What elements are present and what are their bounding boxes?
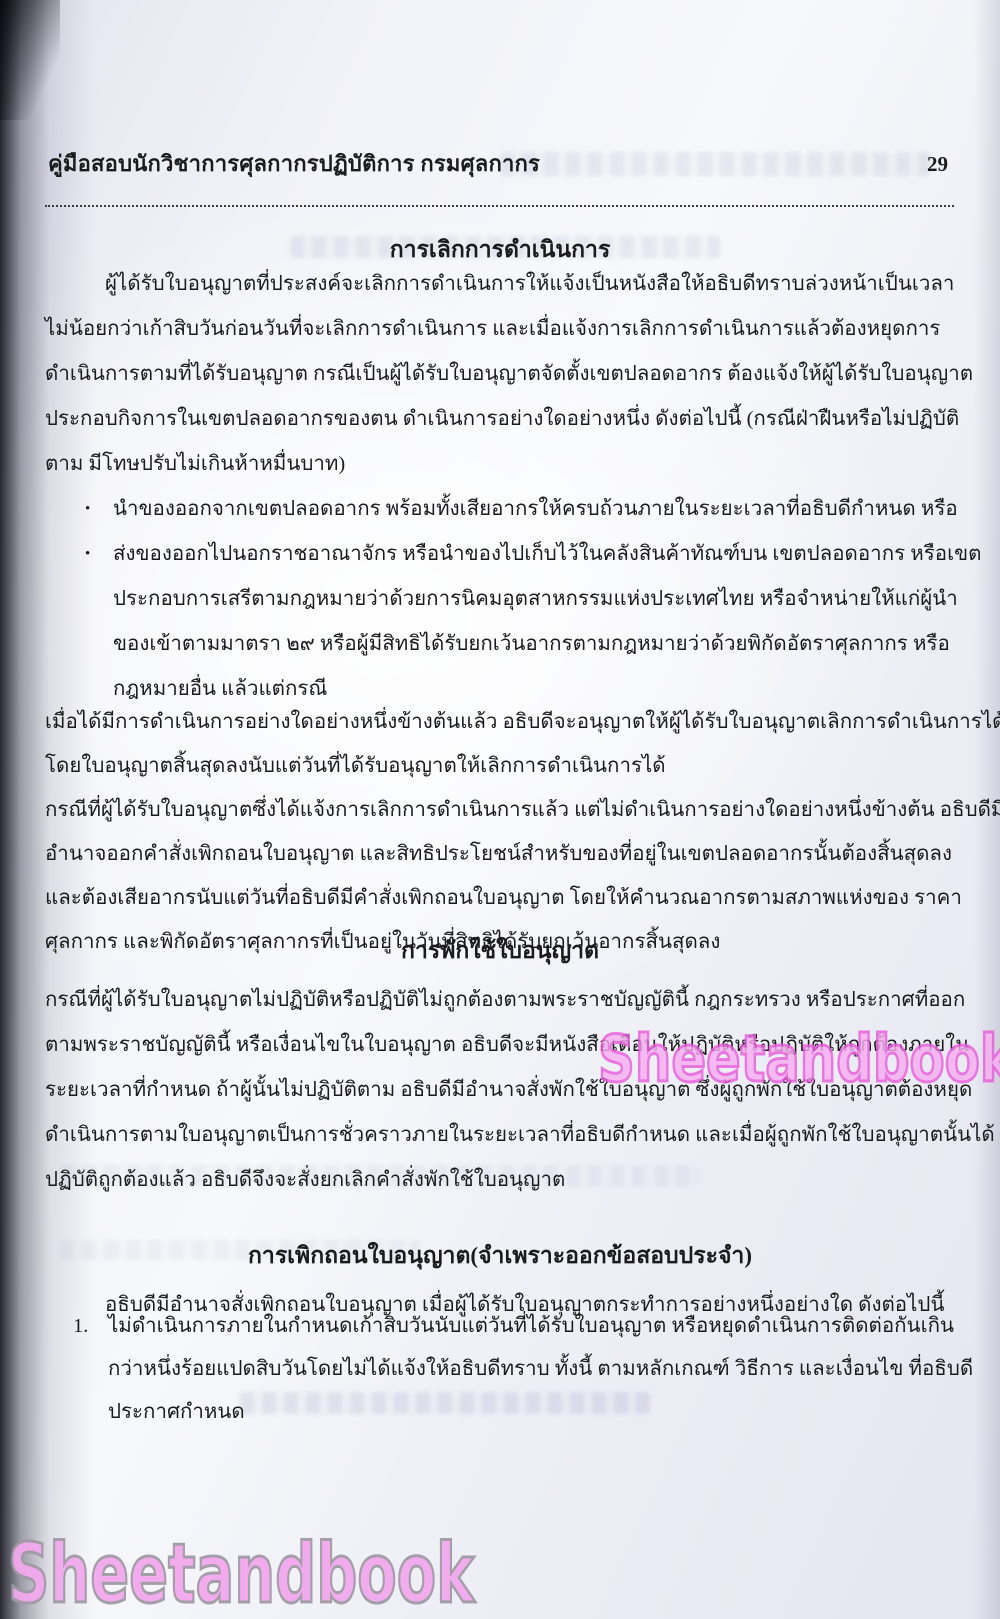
text-line: ไม่น้อยกว่าเก้าสิบวันก่อนวันที่จะเลิกการ… bbox=[45, 307, 970, 352]
text-line: ไม่ดำเนินการภายในกำหนดเก้าสิบวันนับแต่วั… bbox=[108, 1305, 954, 1348]
text-line: ระยะเวลาที่กำหนด ถ้าผู้นั้นไม่ปฏิบัติตาม… bbox=[45, 1068, 970, 1113]
dotted-divider bbox=[45, 205, 954, 207]
bullet-list: • นำของออกจากเขตปลอดอากร พร้อมทั้งเสียอา… bbox=[45, 487, 970, 712]
page-edge-shadow-corner bbox=[0, 0, 60, 120]
page-number: 29 bbox=[927, 152, 948, 177]
watermark-text: Sheetandbook bbox=[8, 1534, 474, 1616]
text-line: ประกอบการเสรีตามกฎหมายว่าด้วยการนิคมอุตส… bbox=[45, 577, 970, 622]
paragraph-license-suspension: กรณีที่ผู้ได้รับใบอนุญาตไม่ปฏิบัติหรือปฏ… bbox=[45, 978, 970, 1203]
numbered-item: 1. ไม่ดำเนินการภายในกำหนดเก้าสิบวันนับแต… bbox=[45, 1305, 970, 1348]
text-line: ตาม มีโทษปรับไม่เกินห้าหมื่นบาท) bbox=[45, 442, 970, 487]
page-title: คู่มือสอบนักวิชาการศุลกากรปฏิบัติการ กรม… bbox=[48, 146, 540, 181]
text-line: ของเข้าตามมาตรา ๒๙ หรือผู้มีสิทธิได้รับย… bbox=[45, 622, 970, 667]
bullet-item: • นำของออกจากเขตปลอดอากร พร้อมทั้งเสียอา… bbox=[45, 487, 970, 532]
text-line: ตามพระราชบัญญัตินี้ หรือเงื่อนไขในใบอนุญ… bbox=[45, 1023, 970, 1068]
text-line: เมื่อได้มีการดำเนินการอย่างใดอย่างหนึ่งข… bbox=[45, 700, 970, 744]
text-line: โดยใบอนุญาตสิ้นสุดลงนับแต่วันที่ได้รับอน… bbox=[45, 744, 970, 788]
bullet-dot-icon: • bbox=[45, 532, 113, 577]
paragraph-ending-operation: ผู้ได้รับใบอนุญาตที่ประสงค์จะเลิกการดำเน… bbox=[45, 262, 970, 487]
text-line: ดำเนินการตามใบอนุญาตเป็นการชั่วคราวภายใน… bbox=[45, 1113, 970, 1158]
text-line: ประกอบกิจการในเขตปลอดอากรของตน ดำเนินการ… bbox=[45, 397, 970, 442]
text-line: ส่งของออกไปนอกราชอาณาจักร หรือนำของไปเก็… bbox=[113, 532, 981, 577]
section-heading-license-suspension: การพักใช้ใบอนุญาต bbox=[0, 933, 1000, 969]
text-line: ผู้ได้รับใบอนุญาตที่ประสงค์จะเลิกการดำเน… bbox=[45, 262, 970, 307]
text-line: อำนาจออกคำสั่งเพิกถอนใบอนุญาต และสิทธิปร… bbox=[45, 832, 970, 876]
numbered-list: 1. ไม่ดำเนินการภายในกำหนดเก้าสิบวันนับแต… bbox=[45, 1305, 970, 1434]
text-line: กรณีที่ผู้ได้รับใบอนุญาตไม่ปฏิบัติหรือปฏ… bbox=[45, 978, 970, 1023]
bullet-dot-icon: • bbox=[45, 487, 113, 532]
text-line: ปฏิบัติถูกต้องแล้ว อธิบดีจึงจะสั่งยกเลิก… bbox=[45, 1158, 970, 1203]
text-line: ประกาศกำหนด bbox=[45, 1391, 970, 1434]
text-line: และต้องเสียอากรนับแต่วันที่อธิบดีมีคำสั่… bbox=[45, 876, 970, 920]
text-line: ดำเนินการตามที่ได้รับอนุญาต กรณีเป็นผู้ไ… bbox=[45, 352, 970, 397]
text-line: นำของออกจากเขตปลอดอากร พร้อมทั้งเสียอากร… bbox=[113, 487, 958, 532]
scanned-document-page: คู่มือสอบนักวิชาการศุลกากรปฏิบัติการ กรม… bbox=[0, 0, 1000, 1619]
paragraph-permission-to-end: เมื่อได้มีการดำเนินการอย่างใดอย่างหนึ่งข… bbox=[45, 700, 970, 788]
text-line: กรณีที่ผู้ได้รับใบอนุญาตซึ่งได้แจ้งการเล… bbox=[45, 788, 970, 832]
page-header: คู่มือสอบนักวิชาการศุลกากรปฏิบัติการ กรม… bbox=[48, 146, 948, 181]
section-heading-license-revocation: การเพิกถอนใบอนุญาต(จำเพราะออกข้อสอบประจำ… bbox=[0, 1238, 1000, 1274]
bullet-item: • ส่งของออกไปนอกราชอาณาจักร หรือนำของไปเ… bbox=[45, 532, 970, 577]
text-line: กว่าหนึ่งร้อยแปดสิบวันโดยไม่ได้แจ้งให้อธ… bbox=[45, 1348, 970, 1391]
item-number: 1. bbox=[45, 1305, 108, 1348]
